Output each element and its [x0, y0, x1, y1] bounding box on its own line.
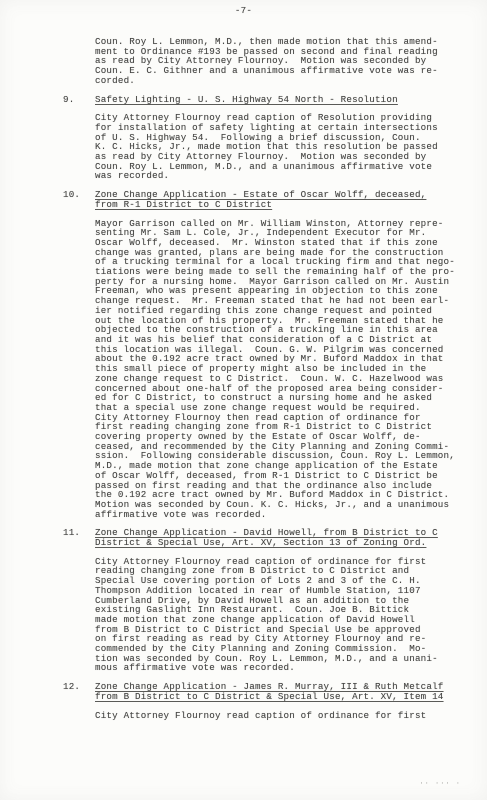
- item-paragraph: City Attorney Flournoy read caption of o…: [95, 557, 461, 673]
- minutes-content: Coun. Roy L. Lemmon, M.D., then made mot…: [95, 37, 461, 729]
- item-paragraph: City Attorney Flournoy read caption of o…: [95, 711, 461, 721]
- item-paragraph: Mayor Garrison called on Mr. William Win…: [95, 219, 461, 520]
- item-heading: Zone Change Application - James R. Murra…: [95, 682, 461, 701]
- item-heading: Zone Change Application - Estate of Osca…: [95, 190, 461, 209]
- scan-artifact-dots: ·· ··· ·: [419, 780, 461, 788]
- agenda-item-10: 10. Zone Change Application - Estate of …: [95, 190, 461, 519]
- scanned-minutes-page: -7- Coun. Roy L. Lemmon, M.D., then made…: [0, 0, 487, 800]
- item-heading: Zone Change Application - David Howell, …: [95, 528, 461, 547]
- page-number: -7-: [0, 6, 487, 16]
- item-heading: Safety Lighting - U. S. Highway 54 North…: [95, 95, 461, 105]
- item-number: 9.: [63, 95, 91, 105]
- item-paragraph: City Attorney Flournoy read caption of R…: [95, 113, 461, 181]
- agenda-item-12: 12. Zone Change Application - James R. M…: [95, 682, 461, 720]
- agenda-item-9: 9. Safety Lighting - U. S. Highway 54 No…: [95, 95, 461, 182]
- continuation-paragraph: Coun. Roy L. Lemmon, M.D., then made mot…: [95, 37, 461, 86]
- item-number: 11.: [63, 528, 91, 538]
- item-number: 12.: [63, 682, 91, 692]
- item-number: 10.: [63, 190, 91, 200]
- agenda-item-11: 11. Zone Change Application - David Howe…: [95, 528, 461, 673]
